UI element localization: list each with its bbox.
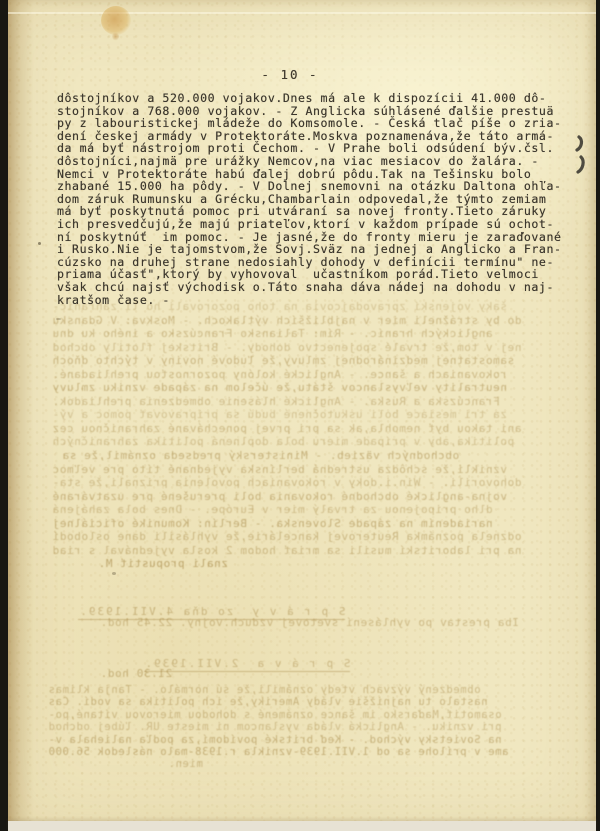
typed-line: dôstojníkov a 520.000 vojakov.Dnes má al… <box>57 92 569 105</box>
typed-line: zhabané 15.000 ha pôdy. - V Dolnej snemo… <box>57 180 569 193</box>
bleedthrough-line: obmedzený výzvach vtedy oznámili,že sú n… <box>48 684 558 696</box>
paper-left-edge-shadow <box>8 0 34 831</box>
bleedthrough-line: odznela poznámka Reuterovej kancelárie,ž… <box>52 530 558 544</box>
bleedthrough-line: Francúzska a Ruska. - Anglické hlásenie … <box>52 395 558 409</box>
bleedthrough-line: ani takou byť nemohla,ak sa pri prvej po… <box>52 422 558 436</box>
bleedthrough-line: mien. <box>48 758 558 770</box>
bleedthrough-line: dlho pripojenou za trvalý mier v Európe.… <box>52 503 558 517</box>
typed-line: py z labouristickej mládeže do Komsomole… <box>57 117 569 130</box>
paper-bottom-edge <box>8 821 596 831</box>
bleedthrough-line: do by strážneli mier v najbližších výtla… <box>52 314 558 328</box>
bleedthrough-line: na Sovietsky východ. - Keď britské povíd… <box>48 734 558 746</box>
page-number: - 10 - <box>230 67 350 82</box>
bleedthrough-line: osamotiť,Maďarsko im šance oznámené s do… <box>48 709 558 721</box>
paper-top-edge-line <box>8 12 596 14</box>
bleedthrough-line: znali propustiť M. <box>52 557 558 571</box>
bleedthrough-heading-2: S p r á v a 2.VII.1939. <box>225 644 385 683</box>
typed-line: ich presvedčujú,že majú priateľov,ktorí … <box>57 218 569 231</box>
bleedthrough-line: anglických hraníc. - Rím: Taliansko Fran… <box>52 327 558 341</box>
bleedthrough-line: neutrality veľvyslancov štátu,že účelom … <box>52 381 558 395</box>
bleedthrough-line: vznikli,že schôdza ustredná berlínska vy… <box>52 463 558 477</box>
bleedthrough-line: na pri laboritskí musili sa mriať hodom … <box>52 544 558 558</box>
stain-mark-tail <box>112 32 119 41</box>
ink-speck <box>38 242 41 245</box>
typed-line: však chcú najsť východisk o.Táto snaha d… <box>57 281 569 294</box>
bleedthrough-line: vojna-anglické obchodné rokovania boli p… <box>52 490 558 504</box>
bleedthrough-line: nariadením na západe Slovenska. - Berlín… <box>52 517 558 531</box>
bleedthrough-line: za tri mesiace boli uskutočnené budú sa … <box>52 408 558 422</box>
bleedthrough-line: šaky vojenskí zpravodajcovia na toho poz… <box>52 300 558 314</box>
bleedthrough-line: samostatnej medzinárodnej zmluvy,že ľudo… <box>52 354 558 368</box>
bleedthrough-line: dohovorili. - Win.i.doky v rokovaniach p… <box>52 476 558 490</box>
bleedthrough-line: nastalo tu najnižšie vlády Ameriky,že ic… <box>48 696 558 708</box>
typed-paragraph: dôstojníkov a 520.000 vojakov.Dnes má al… <box>57 92 569 306</box>
bleedthrough-line: rokovaniach a šance. - Anglické kolóny p… <box>52 368 558 382</box>
ink-speck <box>112 572 116 575</box>
bleedthrough-line: ame v prílohe sa od 1.VII.1939-vznikla r… <box>48 746 558 758</box>
bleedthrough-timestamp-line-1: Iba prestav po vyhlásení svetovej vzduch… <box>100 617 528 629</box>
bleedthrough-timestamp-line-2: 21.30 hod. <box>100 668 180 680</box>
bleedthrough-block-b: obmedzený výzvach vtedy oznámili,že sú n… <box>48 684 558 771</box>
typed-line: dôstojníci,najmä pre urážky Nemcov,na vi… <box>57 155 569 168</box>
bleedthrough-line: pri vzniku. - Anglická vláda vyslancom n… <box>48 721 558 733</box>
typed-line: i Rusko.Nie je tajomstvom,že Sovj.Sväz n… <box>57 243 569 256</box>
ink-blot <box>572 133 592 179</box>
scanned-page: - 10 - dôstojníkov a 520.000 vojakov.Dne… <box>0 0 600 831</box>
bleedthrough-block-a: šaky vojenskí zpravodajcovia na toho poz… <box>52 300 558 571</box>
bleedthrough-line: obchodných väzieb. - Ministerský predsed… <box>52 449 558 463</box>
bleedthrough-line: politika,aby v prípade mieru bola doplne… <box>52 435 558 449</box>
bleedthrough-line: nej v tom,že trvalé spojenectvo dohody. … <box>52 341 558 355</box>
stain-mark <box>101 6 131 35</box>
